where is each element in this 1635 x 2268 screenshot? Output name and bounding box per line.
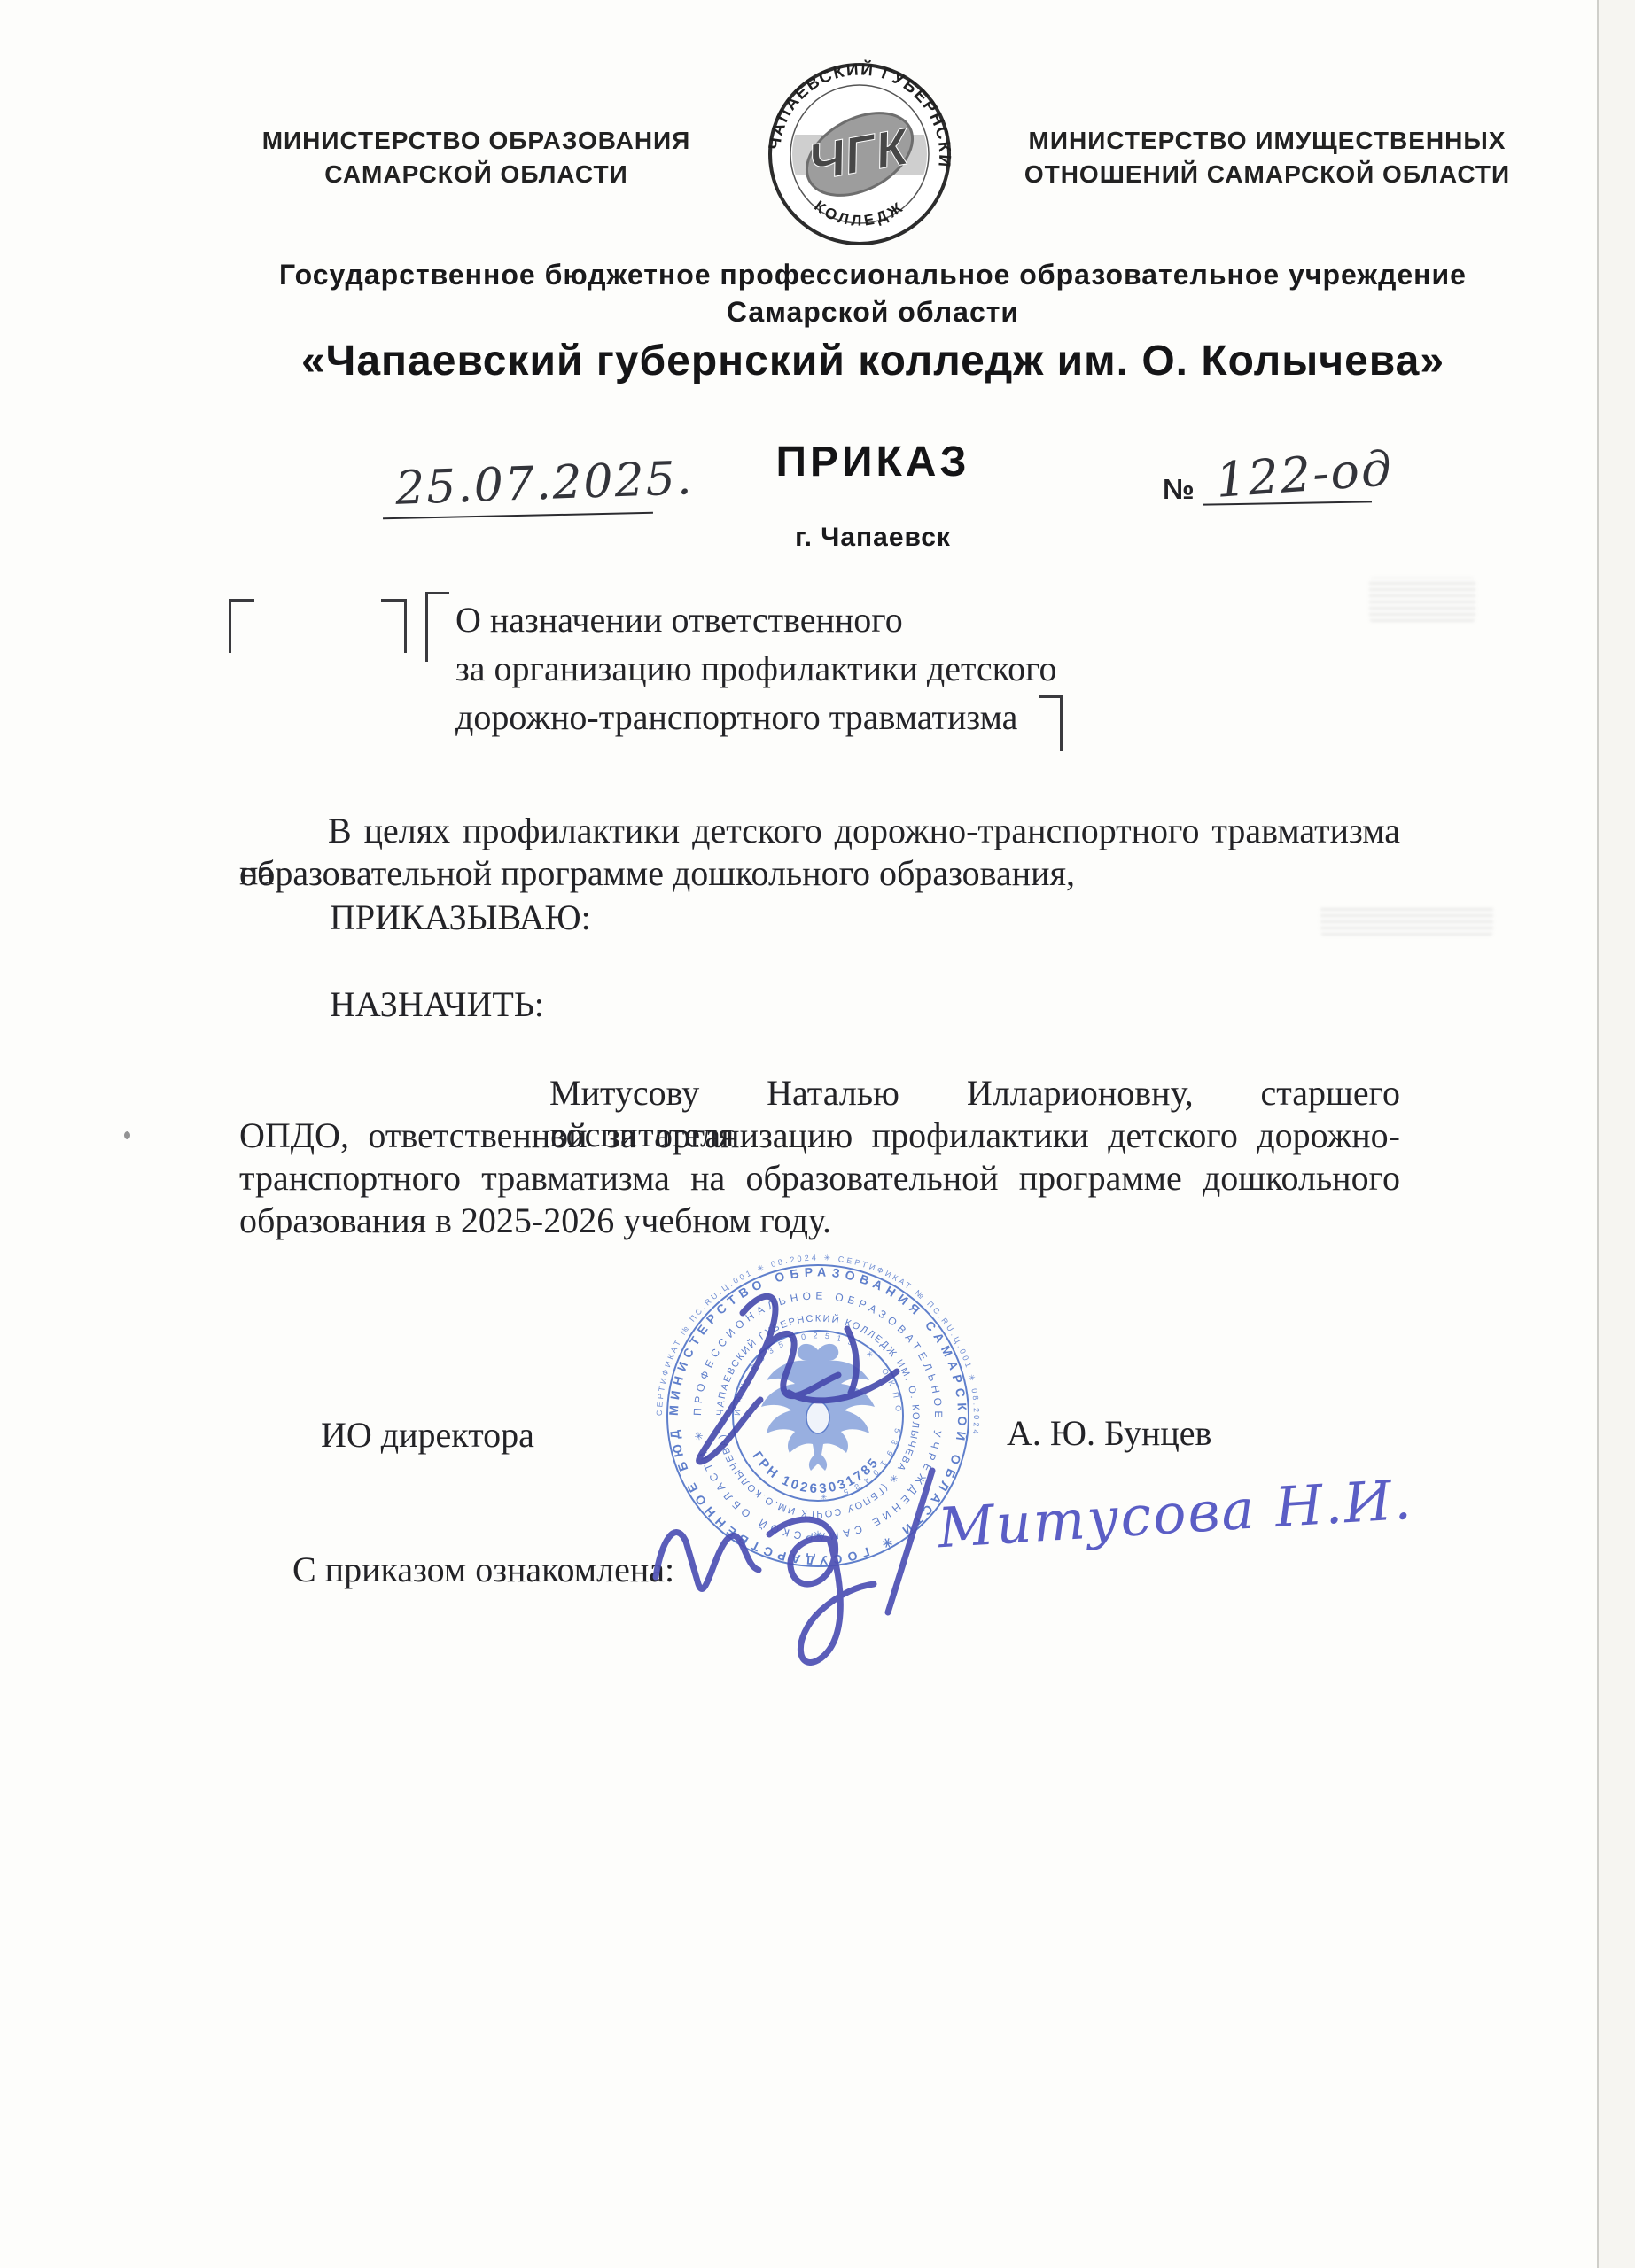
ink-bleed-smudge — [1369, 578, 1475, 622]
subject-bracket-open — [425, 592, 449, 662]
ink-bleed-smudge — [1320, 905, 1493, 936]
corner-bracket-open — [229, 599, 254, 653]
acknowledgement-signature — [620, 1453, 1001, 1674]
body-para2-line3: транспортного травматизма на образовател… — [239, 1157, 1400, 1199]
org-line1: Государственное бюджетное профессиональн… — [106, 259, 1635, 291]
order-subject: О назначении ответственного за организац… — [455, 595, 1076, 742]
order-city: г. Чапаевск — [106, 523, 1635, 553]
ministry-left-block: МИНИСТЕРСТВО ОБРАЗОВАНИЯ САМАРСКОЙ ОБЛАС… — [222, 124, 731, 191]
body-naznachit: НАЗНАЧИТЬ: — [330, 983, 544, 1025]
acknowledgement-name-handwritten: Митусова Н.И. — [936, 1467, 1414, 1561]
subject-line2: за организацию профилактики детского — [455, 644, 1076, 693]
org-line2: Самарской области — [106, 296, 1635, 329]
ministry-left-line2: САМАРСКОЙ ОБЛАСТИ — [222, 158, 731, 191]
subject-line3: дорожно-транспортного травматизма — [455, 693, 1076, 742]
corner-bracket-close — [381, 599, 407, 653]
order-number-label: № — [1163, 473, 1195, 506]
order-date-handwritten: 25.07.2025. — [394, 452, 694, 516]
ministry-right-line1: МИНИСТЕРСТВО ИМУЩЕСТВЕННЫХ — [1010, 124, 1524, 158]
org-name: «Чапаевский губернский колледж им. О. Ко… — [106, 337, 1635, 385]
director-name: А. Ю. Бунцев — [1007, 1412, 1211, 1454]
body-para2-line4: образования в 2025-2026 учебном году. — [239, 1200, 1400, 1241]
scan-speck — [124, 1131, 130, 1139]
acknowledgement-label: С приказом ознакомлена: — [292, 1549, 674, 1590]
ministry-left-line1: МИНИСТЕРСТВО ОБРАЗОВАНИЯ — [222, 124, 731, 158]
scanned-order-document: МИНИСТЕРСТВО ОБРАЗОВАНИЯ САМАРСКОЙ ОБЛАС… — [0, 0, 1635, 2268]
college-logo: ЧАПАЕВСКИЙ ГУБЕРНСКИЙ КОЛЛЕДЖ ЧГК — [758, 55, 962, 259]
order-number-handwritten: 122-од — [1214, 440, 1395, 509]
body-para1-line2: образовательной программе дошкольного об… — [239, 852, 1400, 894]
body-prikazyvayu: ПРИКАЗЫВАЮ: — [330, 897, 591, 938]
director-title: ИО директора — [321, 1414, 534, 1456]
order-title: ПРИКАЗ — [106, 438, 1635, 486]
ministry-right-line2: ОТНОШЕНИЙ САМАРСКОЙ ОБЛАСТИ — [1010, 158, 1524, 191]
subject-line1: О назначении ответственного — [455, 595, 1076, 644]
ministry-right-block: МИНИСТЕРСТВО ИМУЩЕСТВЕННЫХ ОТНОШЕНИЙ САМ… — [1010, 124, 1524, 191]
body-para2-line2: ОПДО, ответственной за организацию профи… — [239, 1115, 1400, 1156]
